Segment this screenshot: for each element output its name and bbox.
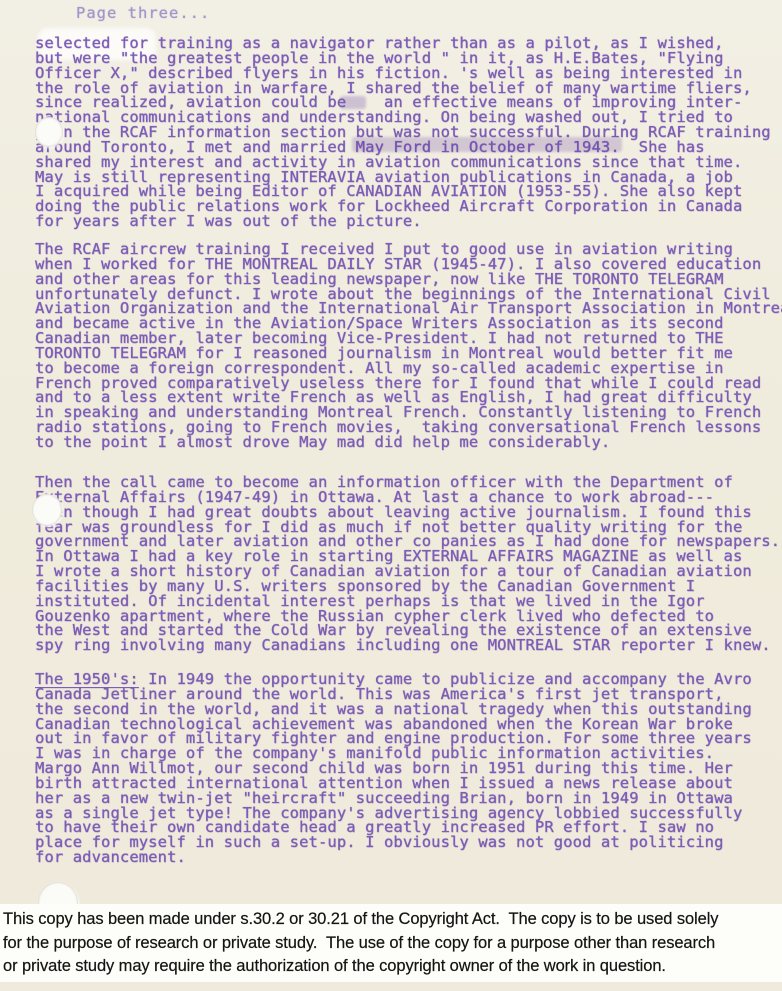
punch-hole-middle xyxy=(32,494,62,526)
paragraph-1950s: The 1950's: In 1949 the opportunity came… xyxy=(35,672,752,865)
paragraph-rcaf-training: selected for training as a navigator rat… xyxy=(35,36,771,229)
paragraph-1950s-body: In 1949 the opportunity came to publiciz… xyxy=(35,670,752,866)
page-number-header: Page three... xyxy=(76,6,210,21)
scanned-typescript-page: Page three... selected for training as a… xyxy=(0,0,782,991)
punch-hole-top xyxy=(35,117,63,147)
copyright-notice-text: This copy has been made under s.30.2 or … xyxy=(0,904,782,979)
paragraph-montreal-daily-star: The RCAF aircrew training I received I p… xyxy=(35,242,782,450)
paragraph-external-affairs: Then the call came to become an informat… xyxy=(35,475,780,653)
copyright-notice-band: This copy has been made under s.30.2 or … xyxy=(0,904,782,982)
